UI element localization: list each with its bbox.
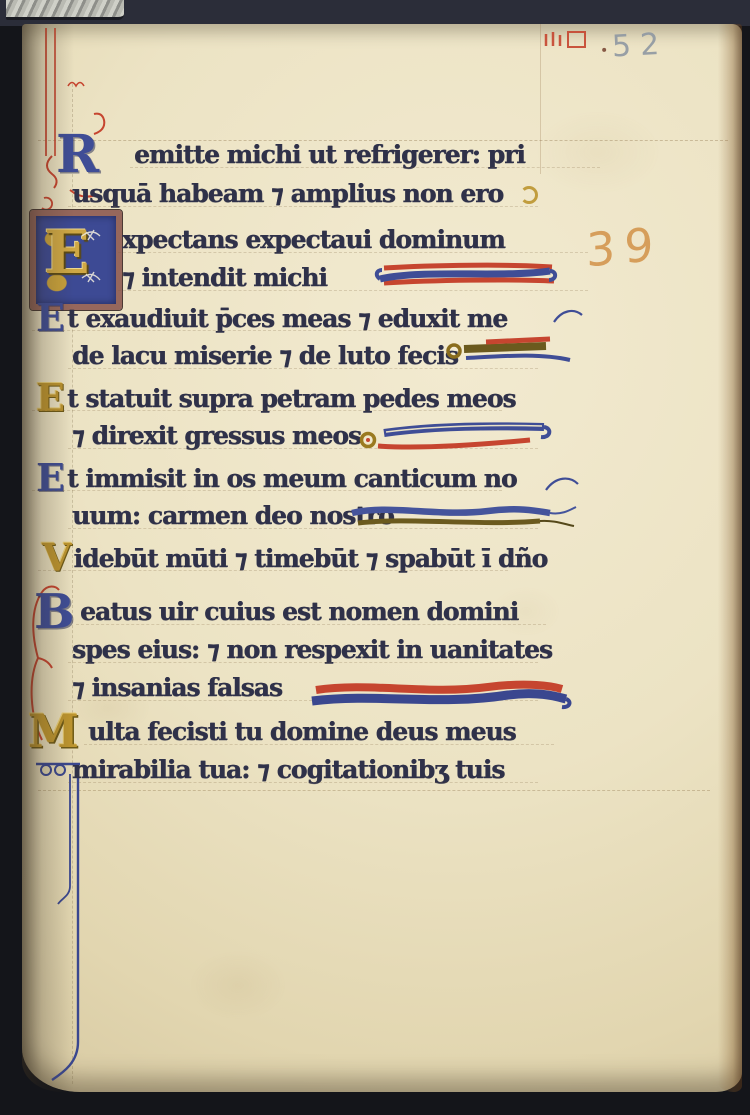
red-ink-marks-top-icon [543,2,597,28]
text-line: Et exaudiuit p̄ces meas ⁊ eduxit me [36,302,507,335]
white-filigree-icon [76,222,110,296]
gutter-shadow [22,24,80,1092]
verse-text: t statuit supra petram pedes meos [67,384,515,413]
text-line: de lacu miserie ⁊ de luto fecis [72,340,458,372]
ruling-line-bottom [38,790,710,791]
text-line: ⁊ intendit michi [122,262,327,294]
verse-text: idebūt mūti ⁊ timebūt ⁊ spabūt ī dño [73,544,547,573]
verse-text: ⁊ insanias falsas [72,673,282,702]
verse-text: uum: carmen deo nostro [72,501,394,530]
pencil-folio-number: 52 [611,27,669,65]
verse-text: eatus uir cuius est nomen domini [80,597,518,626]
manuscript-photo: 52 39 R E [0,0,750,1115]
book-headband [6,0,124,20]
text-line: eatus uir cuius est nomen domini [80,596,518,628]
text-line: Videbūt mūti ⁊ timebūt ⁊ spabūt ī dño [42,542,547,575]
verse-text: de lacu miserie ⁊ de luto fecis [72,341,458,370]
page-fore-edge [716,24,742,1092]
blue-swash-icon [544,472,580,496]
verse-text: ⁊ direxit gressus meos [72,421,361,450]
text-line: uum: carmen deo nostro [72,500,394,532]
gold-flourish-icon [520,186,538,204]
verse-text: xpectans expectaui dominum [122,225,505,254]
verse-text: ⁊ intendit michi [122,263,327,292]
text-line: ⁊ insanias falsas [72,672,282,704]
blue-swash-icon [552,306,584,328]
parchment-page: 52 39 R E [22,24,742,1092]
line-filler-red-blue-wave-icon [308,678,572,712]
text-line: ulta fecisti tu domine deus meus [88,716,516,748]
line-filler-gold-bar-blue-tail-icon [444,334,572,366]
line-filler-ring-red-blue-bar-icon [358,417,556,451]
crease-line-right [540,24,541,174]
line-filler-blue-olive-wave-icon [348,498,578,532]
verse-text: t exaudiuit p̄ces meas ⁊ eduxit me [67,304,507,333]
text-line: Et statuit supra petram pedes meos [36,382,515,415]
text-line: Et immisit in os meum canticum no [36,462,517,495]
verse-text: mirabilia tua: ⁊ cogitationibʒ tuis [72,755,504,784]
line-filler-red-blue-red-icon [372,260,562,290]
verse-text: spes eius: ⁊ non respexit in uanitates [72,635,552,664]
verse-text: ulta fecisti tu domine deus meus [88,717,516,746]
text-line: ⁊ direxit gressus meos [72,420,361,452]
text-line: xpectans expectaui dominum [122,224,505,256]
text-line: emitte michi ut refrigerer: pri [134,139,525,171]
text-line: usquā habeam ⁊ amplius non ero [72,178,503,210]
text-line: spes eius: ⁊ non respexit in uanitates [72,634,552,666]
psalm-number-chalk: 39 [586,217,663,278]
verse-text: t immisit in os meum canticum no [67,464,517,493]
verse-text: emitte michi ut refrigerer: pri [134,140,525,169]
text-line: mirabilia tua: ⁊ cogitationibʒ tuis [72,754,504,786]
verse-text: usquā habeam ⁊ amplius non ero [72,179,503,208]
